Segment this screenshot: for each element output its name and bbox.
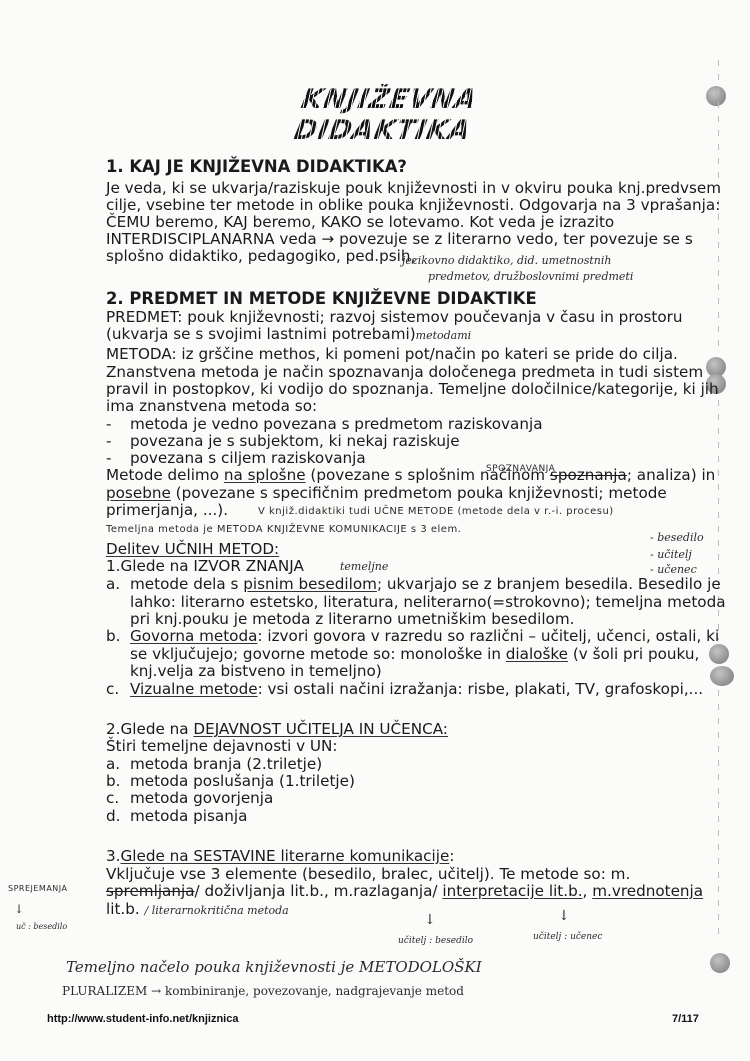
section-heading: 2. PREDMET IN METODE KNJIŽEVNE DIDAKTIKE — [106, 290, 537, 308]
handwritten-note: metodami — [416, 329, 472, 342]
paragraph-line: Metode delimo na splošne (povezane s spl… — [106, 467, 715, 485]
handwritten-note: - učitelj — [650, 548, 692, 561]
punch-hole-icon — [710, 953, 730, 973]
paragraph-line: lit.b. / literarnokritična metoda — [106, 901, 289, 920]
paragraph-line: posebne (povezane s specifičnim predmeto… — [106, 485, 667, 503]
section-heading: 1. KAJ JE KNJIŽEVNA DIDAKTIKA? — [106, 158, 407, 176]
paragraph-line: Je veda, ki se ukvarja/raziskuje pouk kn… — [106, 180, 721, 198]
subheading: 2.Glede na DEJAVNOST UČITELJA IN UČENCA: — [106, 721, 448, 739]
arrow-down-icon: ↓ — [558, 908, 570, 924]
handwritten-note: učitelj : učenec — [533, 932, 602, 942]
handwritten-note: Temeljno načelo pouka književnosti je ME… — [66, 958, 482, 976]
list-item: b.metoda poslušanja (1.triletje) — [106, 773, 355, 791]
list-item: a. metode dela s pisnim besedilom; ukvar… — [106, 576, 721, 594]
handwritten-note: Temeljna metoda je METODA KNJIŽEVNE KOMU… — [106, 524, 461, 535]
punch-hole-icon — [709, 644, 729, 664]
paragraph-line: Štiri temeljne dejavnosti v UN: — [106, 738, 338, 756]
paragraph-line: Vključuje vse 3 elemente (besedilo, bral… — [106, 866, 630, 884]
punch-hole-icon — [706, 86, 726, 106]
list-item: d.metoda pisanja — [106, 808, 247, 826]
list-item-text: metoda je vedno povezana s predmetom raz… — [130, 416, 543, 434]
page-number: 7/117 — [672, 1013, 699, 1025]
list-item-continuation: lahko: literarno estetsko, literatura, n… — [106, 594, 726, 612]
paragraph-line: splošno didaktiko, pedagogiko, ped.psih, — [106, 248, 415, 266]
paragraph-line: ČEMU beremo, KAJ beremo, KAKO se lotevam… — [106, 214, 614, 232]
handwritten-note: temeljne — [340, 560, 388, 573]
paragraph-line: cilje, vsebine ter metode in oblike pouk… — [106, 197, 720, 215]
text: (ukvarja se s svojimi lastnimi potrebami… — [106, 325, 416, 343]
list-item: -metoda je vedno povezana s predmetom ra… — [106, 416, 543, 434]
handwritten-note: učitelj : besedilo — [398, 936, 473, 946]
subheading: 1.Glede na IZVOR ZNANJA — [106, 558, 304, 576]
list-item: a.metoda branja (2.triletje) — [106, 756, 322, 774]
handwritten-note: V knjiž.didaktiki tudi UČNE METODE (meto… — [258, 506, 614, 517]
list-item-text: povezana s ciljem raziskovanja — [130, 450, 366, 468]
list-item-continuation: knj.velja za bistveno in temeljno) — [106, 663, 382, 681]
margin-line — [718, 690, 719, 940]
document-page: KNJIŽEVNA DIDAKTIKA 1. KAJ JE KNJIŽEVNA … — [0, 0, 750, 1061]
paragraph-line: (ukvarja se s svojimi lastnimi potrebami… — [106, 326, 471, 345]
list-item: c.metoda govorjenja — [106, 790, 273, 808]
handwritten-note: predmetov, družboslovnimi predmeti — [428, 270, 633, 283]
paragraph-line: PREDMET: pouk književnosti; razvoj siste… — [106, 309, 683, 327]
footer-url[interactable]: http://www.student-info.net/knjiznica — [47, 1013, 238, 1025]
paragraph-line: Znanstvena metoda je način spoznavanja d… — [106, 364, 703, 382]
list-item: -povezana je s subjektom, ki nekaj razis… — [106, 433, 460, 451]
paragraph-line: INTERDISCIPLANARNA veda → povezuje se z … — [106, 231, 693, 249]
handwritten-note: uč : besedilo — [16, 922, 67, 931]
paragraph-line: spremljanja/ doživljanja lit.b., m.razla… — [106, 883, 703, 901]
list-item-continuation: se vključujejo; govorne metode so: monol… — [106, 646, 699, 664]
subheading: 3.Glede na SESTAVINE literarne komunikac… — [106, 848, 454, 866]
arrow-down-icon: ↓ — [424, 912, 436, 928]
list-item-continuation: pri knj.pouku je metoda z literarno umet… — [106, 611, 574, 629]
paragraph-line: ima znanstvena metoda so: — [106, 398, 317, 416]
handwritten-note: - besedilo — [650, 531, 704, 544]
subheading: Delitev UČNIH METOD: — [106, 541, 279, 559]
paragraph-line: METODA: iz grščine methos, ki pomeni pot… — [106, 346, 678, 364]
arrow-down-icon: ↓ — [14, 902, 24, 916]
list-item-text: povezana je s subjektom, ki nekaj razisk… — [130, 433, 460, 451]
handwritten-note: PLURALIZEM → kombiniranje, povezovanje, … — [62, 984, 464, 998]
list-item: -povezana s ciljem raziskovanja — [106, 450, 366, 468]
paragraph-line: pravil in postopkov, ki vodijo do spozna… — [106, 381, 719, 399]
handwritten-note: SPREJEMANJA — [8, 884, 67, 893]
list-item: b. Govorna metoda: izvori govora v razre… — [106, 628, 719, 646]
list-item: c. Vizualne metode: vsi ostali načini iz… — [106, 681, 703, 699]
paragraph-line: primerjanja, ...). — [106, 502, 228, 520]
punch-hole-icon — [710, 666, 734, 686]
page-title: KNJIŽEVNA DIDAKTIKA — [219, 84, 552, 146]
handwritten-note: jezikovno didaktiko, did. umetnostnih — [402, 254, 611, 267]
